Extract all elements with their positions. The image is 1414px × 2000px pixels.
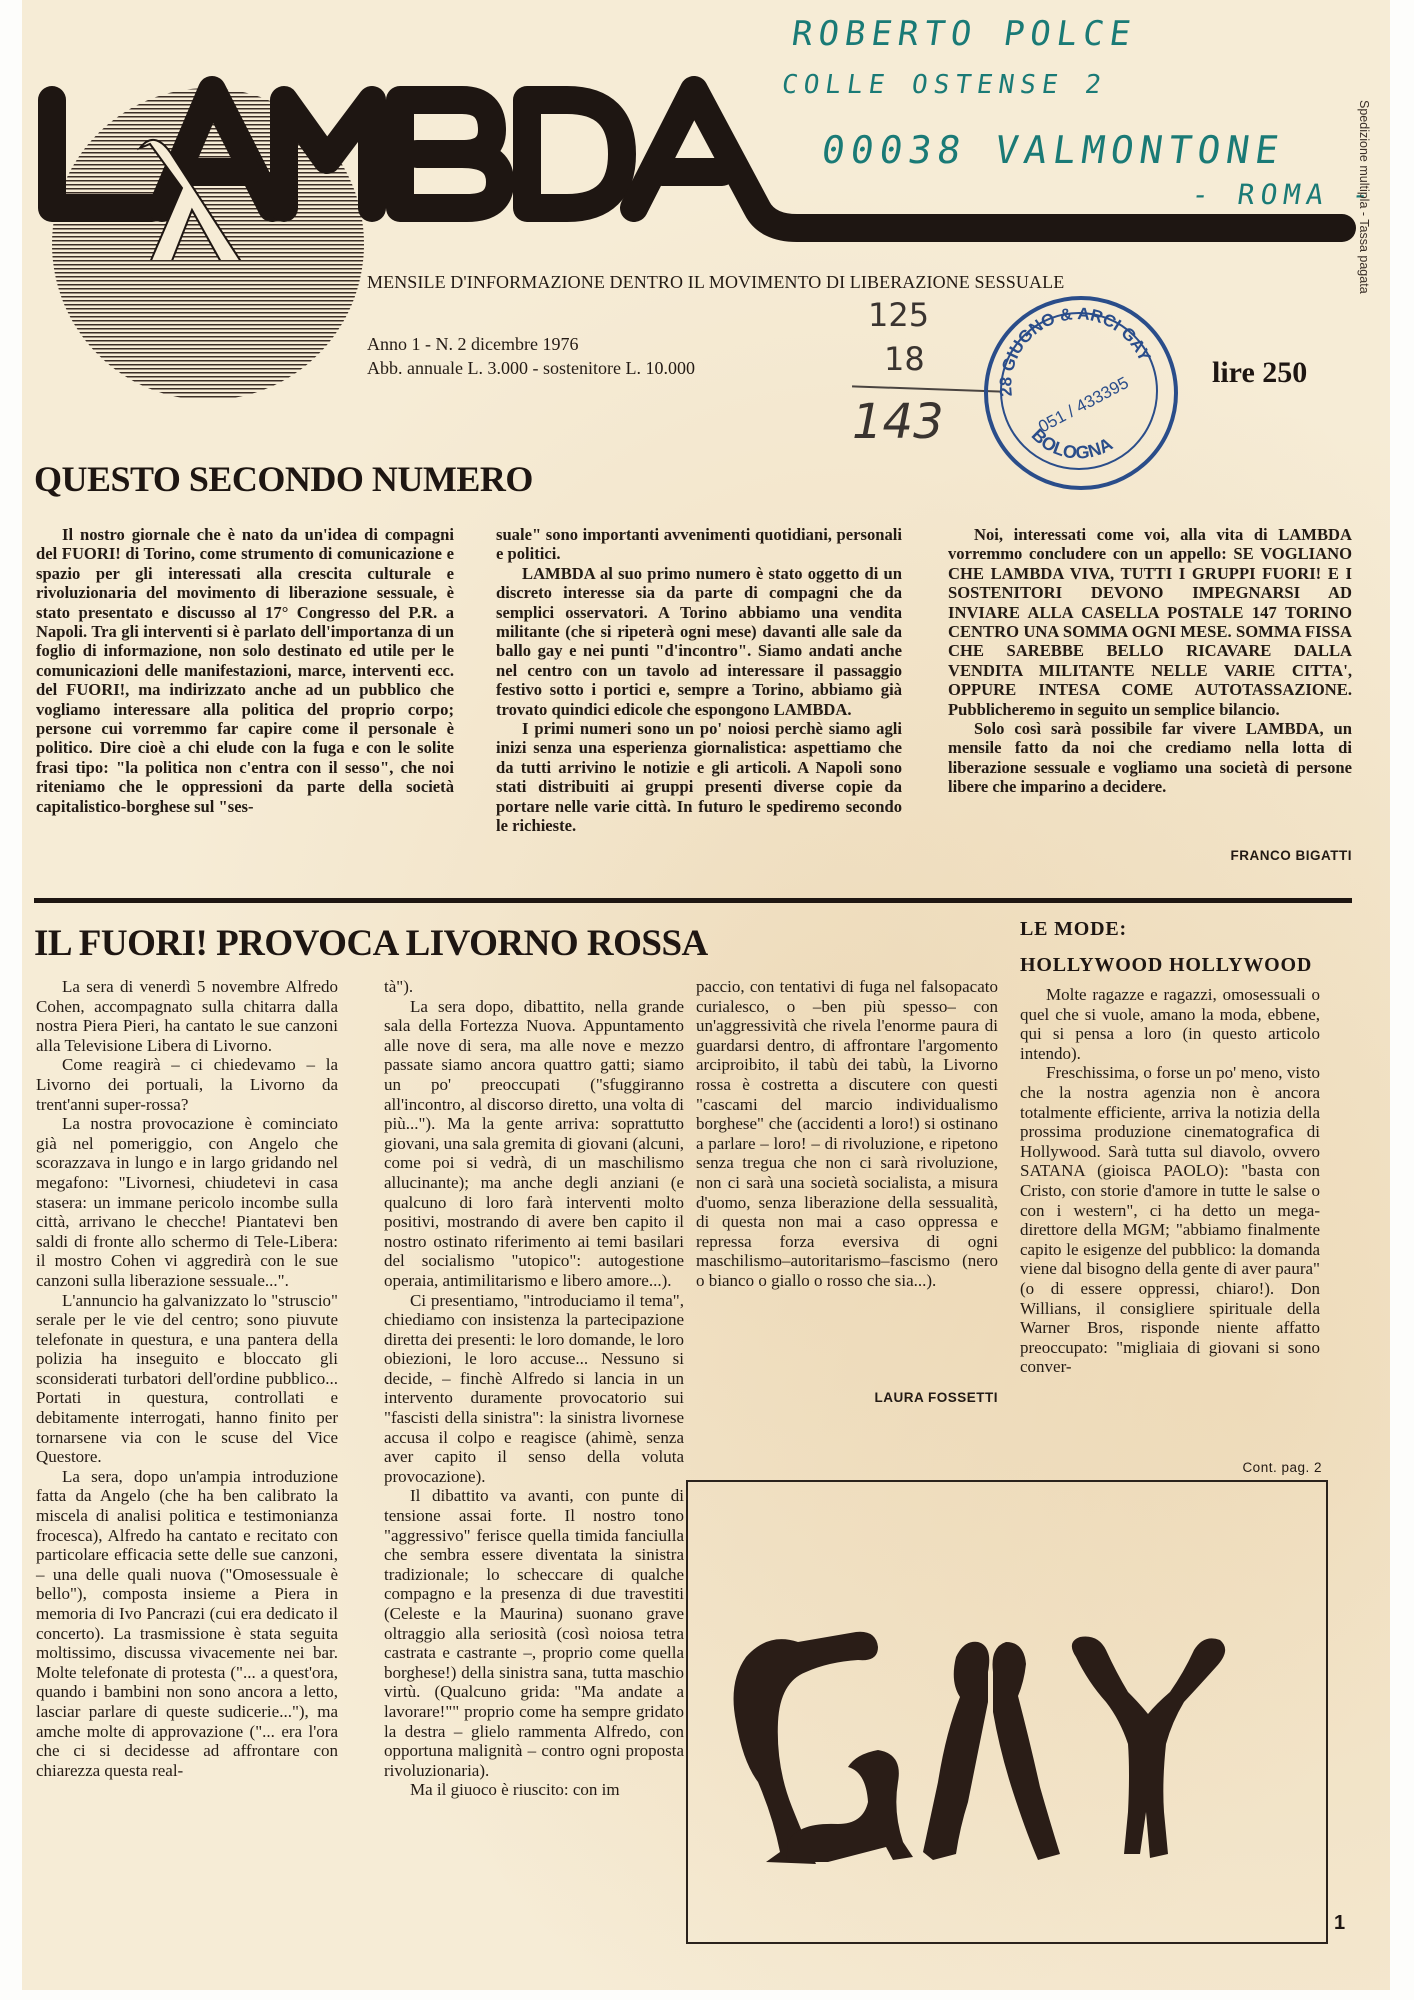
pencil-number-a: 125 xyxy=(868,296,929,334)
gay-illustration-frame xyxy=(686,1480,1328,1944)
article1-paragraph: Solo così sarà possibile far vivere LAMB… xyxy=(948,719,1352,797)
article2-paragraph: Il dibattito va avanti, con punte di ten… xyxy=(384,1486,684,1780)
article2-paragraph: tà"). xyxy=(384,977,684,997)
article2-paragraph: L'annuncio ha galvanizzato lo "struscio"… xyxy=(36,1291,338,1467)
article1-paragraph: LAMBDA al suo primo numero è stato ogget… xyxy=(496,564,902,719)
article1-paragraph: Il nostro giornale che è nato da un'idea… xyxy=(36,525,454,816)
price: lire 250 xyxy=(1212,356,1307,390)
article2-column-1: La sera di venerdì 5 novembre Alfredo Co… xyxy=(36,977,338,1780)
article1-column-1: Il nostro giornale che è nato da un'idea… xyxy=(36,525,454,816)
postal-note: Spedizione multipla - Tassa pagata xyxy=(1357,100,1371,294)
handwritten-city: 00038 VALMONTONE xyxy=(819,128,1287,172)
svg-text:28 GIUGNO & ARCI GAY: 28 GIUGNO & ARCI GAY xyxy=(996,304,1154,397)
article2-paragraph: paccio, con tentativi di fuga nel falsop… xyxy=(696,977,998,1291)
issue-line: Anno 1 - N. 2 dicembre 1976 xyxy=(367,332,695,356)
article1-headline: QUESTO SECONDO NUMERO xyxy=(34,458,533,500)
article3-column: Molte ragazze e ragazzi, omosessuali o q… xyxy=(1020,985,1320,1377)
pencil-sum-line xyxy=(852,385,1002,392)
article2-paragraph: Ci presentiamo, "introduciamo il tema", … xyxy=(384,1291,684,1487)
article2-paragraph: La sera, dopo un'ampia introduzione fatt… xyxy=(36,1467,338,1781)
article2-paragraph: La nostra provocazione è cominciato già … xyxy=(36,1114,338,1290)
page-number: 1 xyxy=(1334,1912,1345,1935)
handwritten-province: - ROMA - xyxy=(1190,178,1377,211)
article2-column-2: tà"). La sera dopo, dibattito, nella gra… xyxy=(384,977,684,1800)
issue-info: Anno 1 - N. 2 dicembre 1976 Abb. annuale… xyxy=(367,332,695,380)
stamp-top-text: 28 GIUGNO & ARCI GAY xyxy=(996,304,1154,397)
article2-paragraph: La sera di venerdì 5 novembre Alfredo Co… xyxy=(36,977,338,1055)
section-divider xyxy=(34,898,1352,903)
article3-paragraph: Molte ragazze e ragazzi, omosessuali o q… xyxy=(1020,985,1320,1063)
stamp-text: 28 GIUGNO & ARCI GAY 051 / 433395 BOLOGN… xyxy=(984,296,1170,482)
article3-kicker: LE MODE: xyxy=(1020,918,1127,941)
arci-gay-stamp: 28 GIUGNO & ARCI GAY 051 / 433395 BOLOGN… xyxy=(984,296,1178,490)
handwritten-name: ROBERTO POLCE xyxy=(789,14,1139,54)
gay-silhouettes-illustration xyxy=(688,1482,1326,1942)
pencil-total: 143 xyxy=(852,394,944,450)
subscription-line: Abb. annuale L. 3.000 - sostenitore L. 1… xyxy=(367,356,695,380)
masthead-subtitle: MENSILE D'INFORMAZIONE DENTRO IL MOVIMEN… xyxy=(367,272,1064,293)
article3-paragraph: Freschissima, o forse un po' meno, visto… xyxy=(1020,1063,1320,1377)
article1-paragraph: Noi, interessati come voi, alla vita di … xyxy=(948,525,1352,719)
article1-paragraph: I primi numeri sono un po' noiosi perchè… xyxy=(496,719,902,835)
article3-headline: HOLLYWOOD HOLLYWOOD xyxy=(1020,954,1312,977)
article1-column-3: Noi, interessati come voi, alla vita di … xyxy=(948,525,1352,797)
continued-note: Cont. pag. 2 xyxy=(1122,1460,1322,1475)
article2-paragraph: Ma il giuoco è riuscito: con im xyxy=(384,1780,684,1800)
stamp-city: BOLOGNA xyxy=(1028,425,1116,463)
article2-author: LAURA FOSSETTI xyxy=(768,1390,998,1405)
stamp-phone: 051 / 433395 xyxy=(1035,373,1132,436)
article1-column-2: suale" sono importanti avvenimenti quoti… xyxy=(496,525,902,836)
article2-paragraph: La sera dopo, dibattito, nella grande sa… xyxy=(384,997,684,1291)
newspaper-page: ROBERTO POLCE COLLE OSTENSE 2 00038 VALM… xyxy=(22,0,1390,1990)
handwritten-street: COLLE OSTENSE 2 xyxy=(780,70,1109,100)
article2-headline: IL FUORI! PROVOCA LIVORNO ROSSA xyxy=(34,922,708,965)
article2-column-3: paccio, con tentativi di fuga nel falsop… xyxy=(696,977,998,1291)
pencil-number-b: 18 xyxy=(884,340,925,378)
article2-paragraph: Come reagirà – ci chiedevamo – la Livorn… xyxy=(36,1055,338,1114)
article1-author: FRANCO BIGATTI xyxy=(1122,848,1352,863)
article1-paragraph: suale" sono importanti avvenimenti quoti… xyxy=(496,525,902,564)
svg-text:BOLOGNA: BOLOGNA xyxy=(1028,425,1116,463)
